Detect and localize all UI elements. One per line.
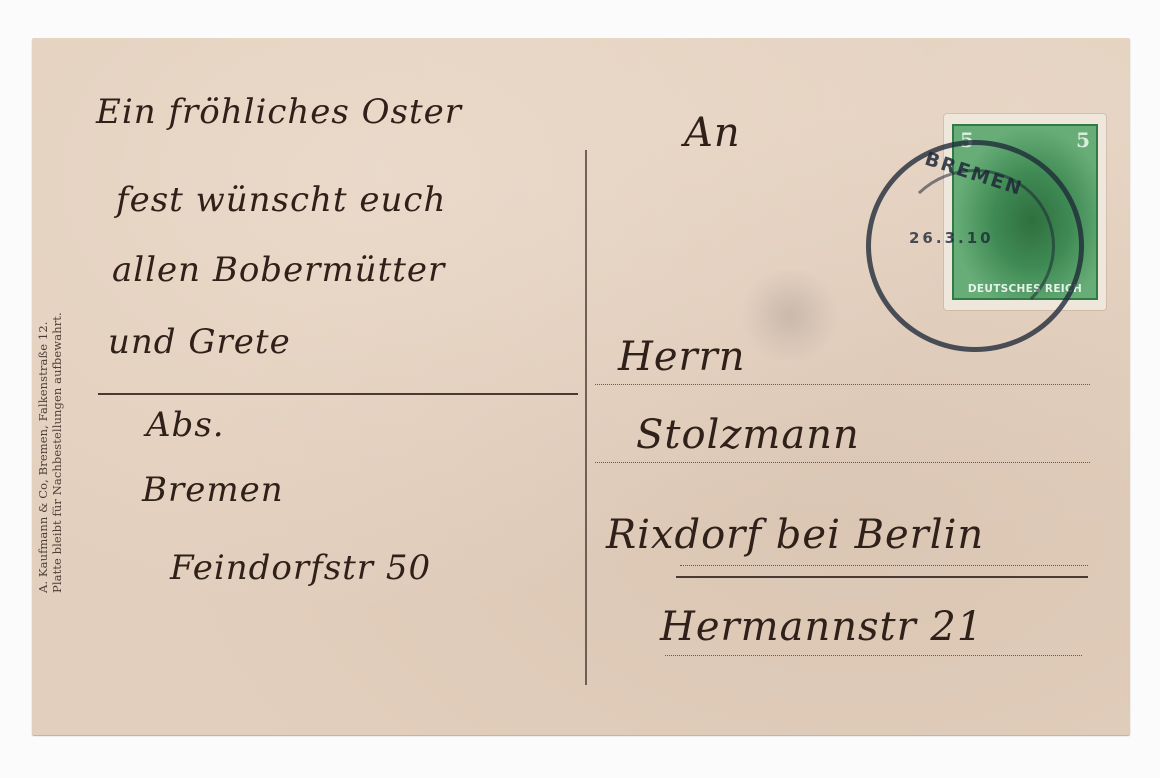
postmark-date: 26.3.10	[909, 229, 994, 247]
address-rule-1	[595, 384, 1090, 385]
address-rule-3	[680, 565, 1088, 566]
stamp-value-right: 5	[1076, 128, 1090, 152]
address-underline-city	[676, 576, 1088, 578]
sender-city: Bremen	[142, 470, 284, 510]
center-divider	[585, 150, 587, 685]
address-rule-4	[665, 655, 1082, 656]
address-line-3: Rixdorf bei Berlin	[606, 512, 984, 558]
message-line-4: und Grete	[108, 322, 291, 362]
publisher-imprint: A. Kaufmann & Co, Bremen, Falkenstraße 1…	[36, 153, 64, 593]
postmark-cancel: BREMEN 26.3.10	[866, 140, 1084, 352]
address-line-2: Stolzmann	[636, 412, 860, 458]
address-line-4: Hermannstr 21	[660, 604, 983, 650]
message-line-1: Ein fröhliches Oster	[96, 92, 462, 132]
address-prefix: An	[684, 110, 741, 156]
address-line-1: Herrn	[618, 334, 746, 380]
publisher-line-1: A. Kaufmann & Co, Bremen, Falkenstraße 1…	[36, 153, 50, 593]
address-rule-2	[595, 462, 1090, 463]
message-line-3: allen Bobermütter	[112, 250, 445, 290]
message-line-2: fest wünscht euch	[116, 180, 446, 220]
message-divider-rule	[98, 393, 578, 395]
ink-smudge	[730, 270, 850, 360]
sender-street: Feindorfstr 50	[170, 548, 431, 588]
sender-label: Abs.	[146, 405, 225, 445]
publisher-line-2: Platte bleibt für Nachbestellungen aufbe…	[50, 153, 64, 593]
